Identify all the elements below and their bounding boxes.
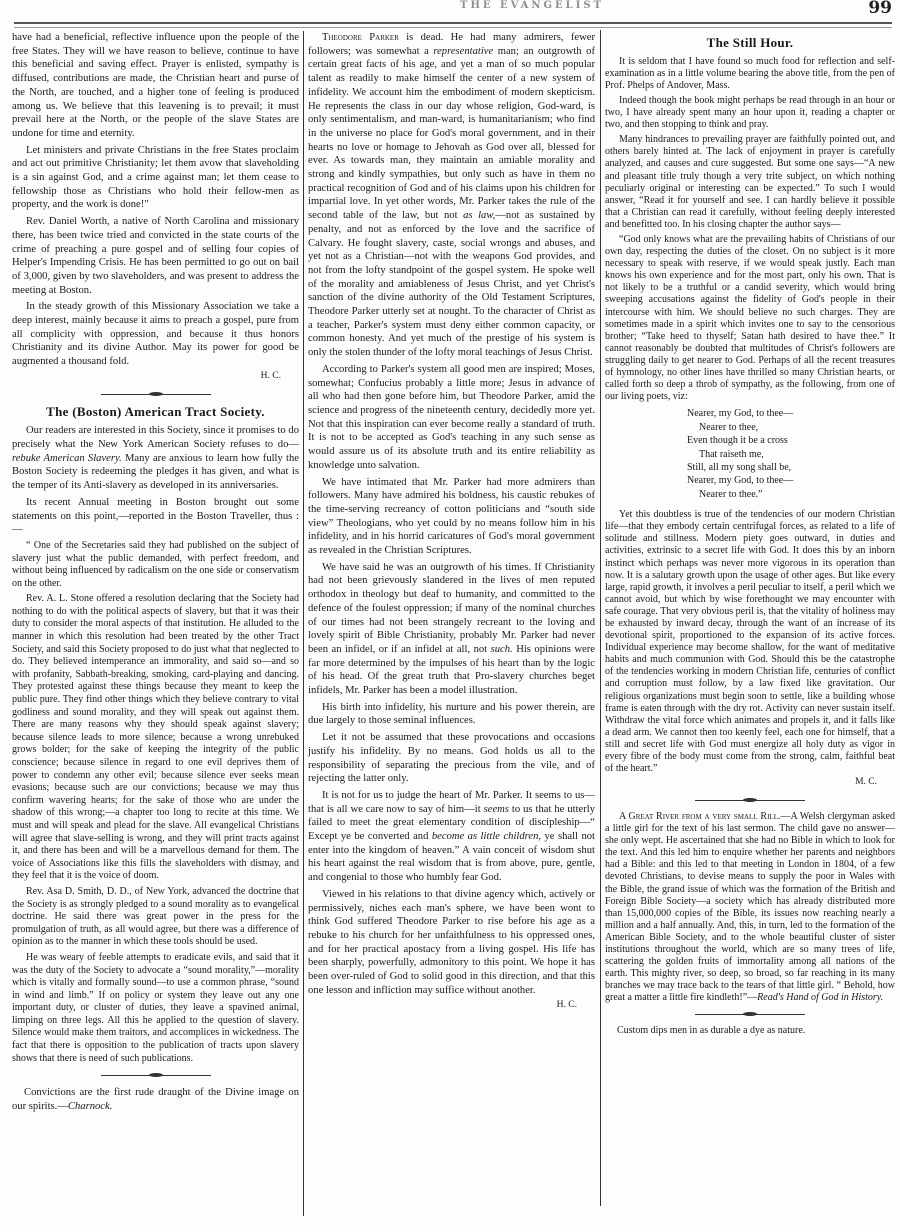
verse-line: Nearer to thee.” [687, 488, 895, 501]
paragraph: Let it not be assumed that these provoca… [308, 731, 595, 786]
author-signature: H. C. [308, 999, 595, 1013]
maxim: Convictions are the first rude draught o… [12, 1086, 299, 1113]
paragraph: We have intimated that Mr. Parker had mo… [308, 476, 595, 558]
paragraph: “God only knows what are the prevailing … [605, 234, 895, 403]
quoted-paragraph: He was weary of feeble attempts to eradi… [12, 952, 299, 1065]
column-left: have had a beneficial, reflective influe… [12, 31, 299, 1117]
paragraph: A Great River from a very small Rill.—A … [605, 811, 895, 1005]
author-signature: H. C. [12, 370, 299, 384]
paragraph: Our readers are interested in this Socie… [12, 424, 299, 493]
paragraph: It is seldom that I have found so much f… [605, 56, 895, 92]
paragraph: In the steady growth of this Missionary … [12, 300, 299, 369]
paragraph: Rev. Daniel Worth, a native of North Car… [12, 215, 299, 297]
quoted-paragraph: Rev. Asa D. Smith, D. D., of New York, a… [12, 886, 299, 949]
paragraph: Viewed in his relations to that divine a… [308, 888, 595, 998]
section-divider [101, 1075, 211, 1076]
paragraph: have had a beneficial, reflective influe… [12, 31, 299, 141]
paragraph: Many hindrances to prevailing prayer are… [605, 134, 895, 231]
maxim: Custom dips men in as durable a dye as n… [605, 1025, 895, 1037]
author-signature: M. C. [605, 776, 895, 790]
hymn-verse: Nearer, my God, to thee— Nearer to thee,… [687, 407, 895, 501]
quoted-paragraph: Rev. A. L. Stone offered a resolution de… [12, 593, 299, 883]
paragraph: According to Parker's system all good me… [308, 363, 595, 473]
section-divider [695, 800, 805, 801]
page-number: 99 [868, 0, 892, 18]
running-title: THE EVANGELIST [460, 0, 604, 9]
article-headline: The Still Hour. [605, 36, 895, 50]
page-header: THE EVANGELIST 99 [0, 0, 900, 26]
section-divider [695, 1014, 805, 1015]
quoted-paragraph: “ One of the Secretaries said they had p… [12, 540, 299, 590]
lead-name: Theodore Parker [322, 32, 399, 43]
paragraph: Let ministers and private Christians in … [12, 144, 299, 213]
paragraph: Theodore Parker is dead. He had many adm… [308, 31, 595, 360]
verse-line: Nearer, my God, to thee— [687, 407, 895, 420]
verse-line: Nearer, my God, to thee— [687, 474, 895, 487]
column-middle: Theodore Parker is dead. He had many adm… [303, 31, 595, 1216]
verse-line: Nearer to thee, [687, 421, 895, 434]
article-headline: The (Boston) American Tract Society. [12, 405, 299, 419]
verse-line: That raiseth me, [687, 448, 895, 461]
paragraph: His birth into infidelity, his nurture a… [308, 701, 595, 728]
verse-line: Still, all my song shall be, [687, 461, 895, 474]
paragraph: Yet this doubtless is true of the tenden… [605, 509, 895, 775]
paragraph: It is not for us to judge the heart of M… [308, 789, 595, 885]
header-rule [14, 22, 892, 28]
paragraph: We have said he was an outgrowth of his … [308, 561, 595, 698]
paragraph: Its recent Annual meeting in Boston brou… [12, 496, 299, 537]
section-divider [101, 394, 211, 395]
item-title: A Great River from a very small Rill. [619, 811, 781, 822]
paragraph: Indeed though the book might perhaps be … [605, 95, 895, 131]
verse-line: Even though it be a cross [687, 434, 895, 447]
column-right: The Still Hour. It is seldom that I have… [600, 30, 895, 1205]
